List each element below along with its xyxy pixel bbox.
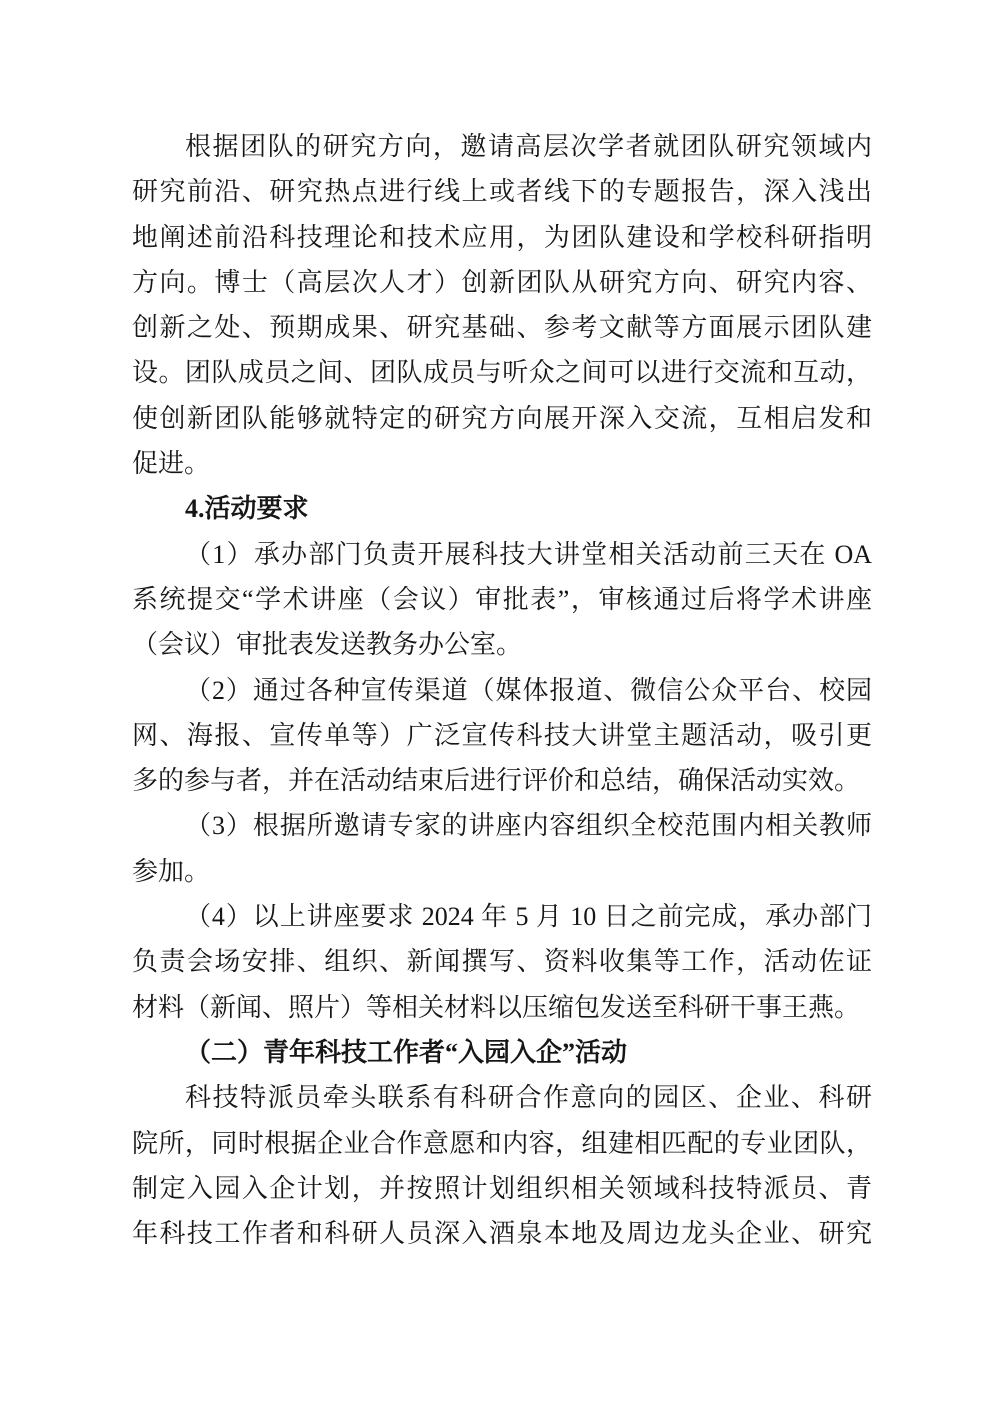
body-text-line: （1）承办部门负责开展科技大讲堂相关活动前三天在 OA	[132, 532, 872, 577]
body-text-line: 设。团队成员之间、团队成员与听众之间可以进行交流和互动，	[132, 350, 872, 395]
body-text-line: （会议）审批表发送教务办公室。	[132, 622, 872, 667]
body-text-line: 创新之处、预期成果、研究基础、参考文献等方面展示团队建	[132, 305, 872, 350]
body-text-line: 根据团队的研究方向，邀请高层次学者就团队研究领域内	[132, 124, 872, 169]
body-text-line: 年科技工作者和科研人员深入酒泉本地及周边龙头企业、研究	[132, 1211, 872, 1256]
body-text-line: 制定入园入企计划，并按照计划组织相关领域科技特派员、青	[132, 1166, 872, 1211]
body-text-line: 材料（新闻、照片）等相关材料以压缩包发送至科研干事王燕。	[132, 985, 872, 1030]
body-text-line: （2）通过各种宣传渠道（媒体报道、微信公众平台、校园	[132, 668, 872, 713]
heading-activity-requirements: 4.活动要求	[132, 486, 872, 531]
body-text-line: 负责会场安排、组织、新闻撰写、资料收集等工作，活动佐证	[132, 939, 872, 984]
document-page: 根据团队的研究方向，邀请高层次学者就团队研究领域内 研究前沿、研究热点进行线上或…	[0, 0, 1000, 1414]
body-text-line: 科技特派员牵头联系有科研合作意向的园区、企业、科研	[132, 1075, 872, 1120]
body-text-line: 方向。博士（高层次人才）创新团队从研究方向、研究内容、	[132, 260, 872, 305]
body-text-line: 网、海报、宣传单等）广泛宣传科技大讲堂主题活动，吸引更	[132, 713, 872, 758]
body-text-line: 参加。	[132, 849, 872, 894]
heading-youth-sci-tech-workers-activity: （二）青年科技工作者“入园入企”活动	[132, 1030, 872, 1075]
body-text-line: 研究前沿、研究热点进行线上或者线下的专题报告，深入浅出	[132, 169, 872, 214]
body-text-line: （3）根据所邀请专家的讲座内容组织全校范围内相关教师	[132, 803, 872, 848]
body-text-line: （4）以上讲座要求 2024 年 5 月 10 日之前完成，承办部门	[132, 894, 872, 939]
body-text-line: 地阐述前沿科技理论和技术应用，为团队建设和学校科研指明	[132, 215, 872, 260]
body-text-line: 多的参与者，并在活动结束后进行评价和总结，确保活动实效。	[132, 758, 872, 803]
body-text-line: 使创新团队能够就特定的研究方向展开深入交流，互相启发和	[132, 396, 872, 441]
body-text-line: 促进。	[132, 441, 872, 486]
document-text-block: 根据团队的研究方向，邀请高层次学者就团队研究领域内 研究前沿、研究热点进行线上或…	[132, 124, 872, 1256]
body-text-line: 院所，同时根据企业合作意愿和内容，组建相匹配的专业团队，	[132, 1121, 872, 1166]
body-text-line: 系统提交“学术讲座（会议）审批表”，审核通过后将学术讲座	[132, 577, 872, 622]
